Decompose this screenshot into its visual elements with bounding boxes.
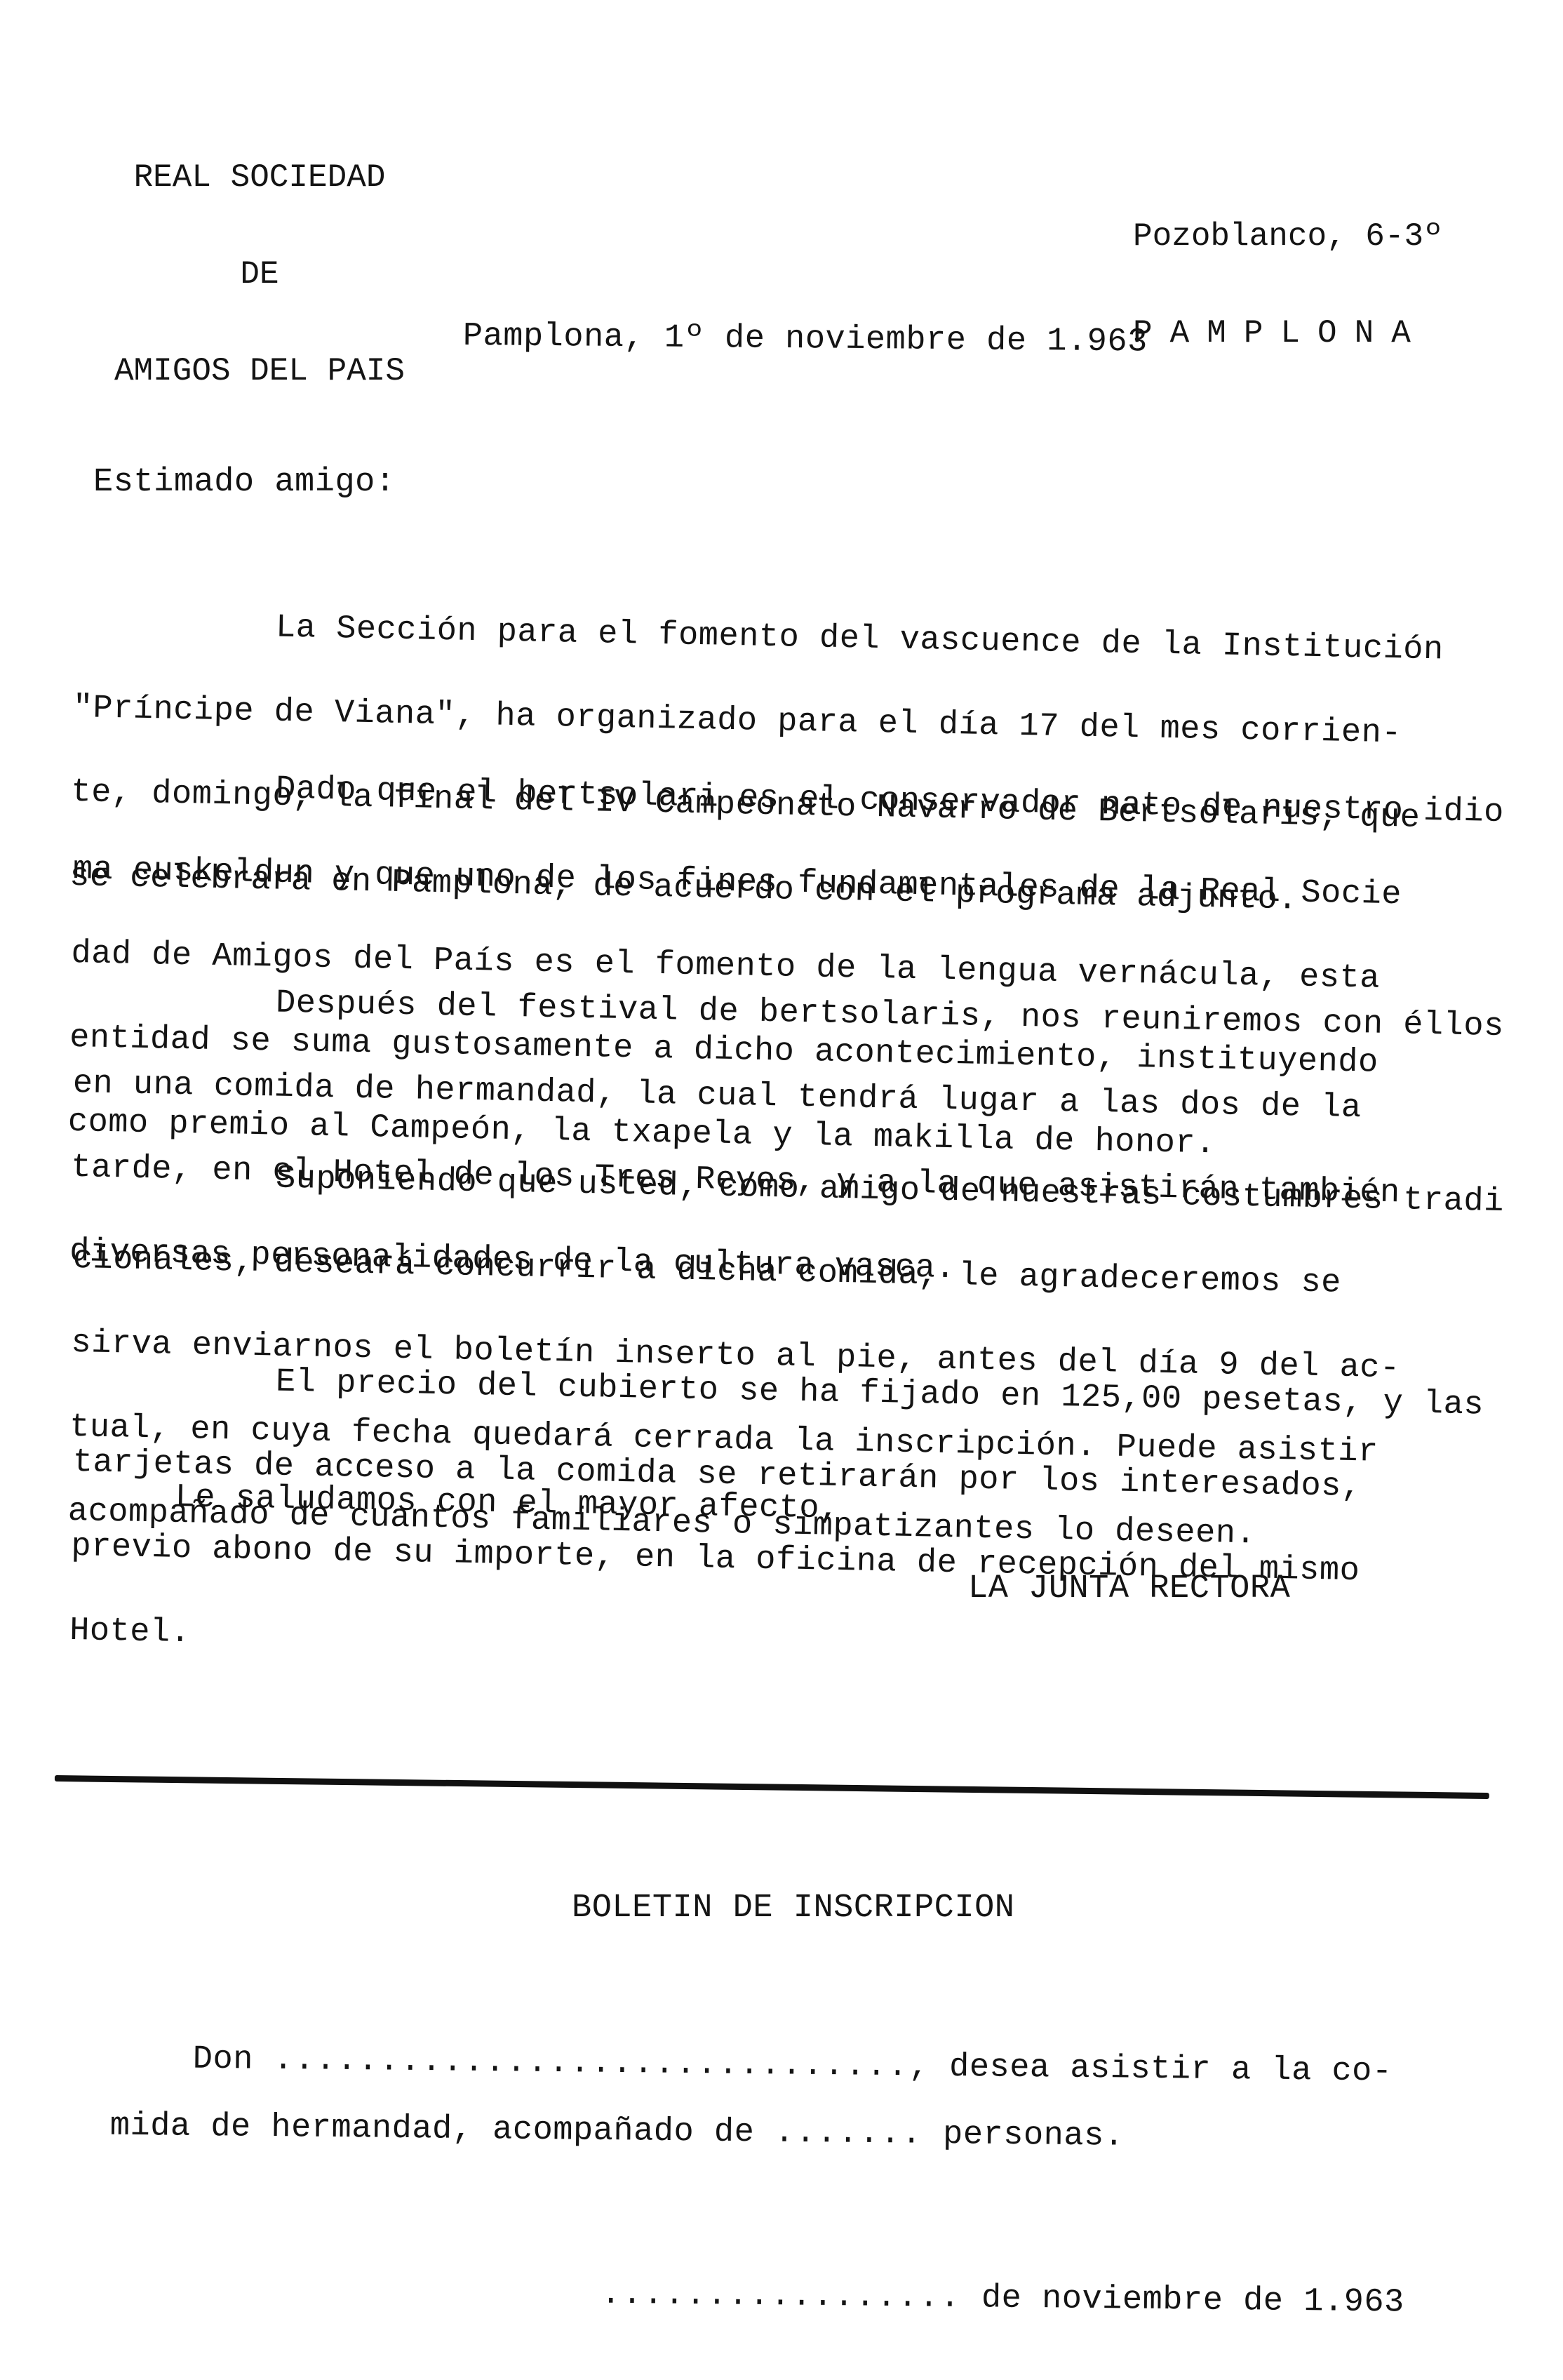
companions-blank-field[interactable]: ....... xyxy=(774,2115,923,2153)
form-companions-suffix: personas. xyxy=(923,2116,1125,2155)
paragraph-line: previo abono de su importe, en la oficin… xyxy=(71,1533,1544,1589)
day-blank-field[interactable]: ................. xyxy=(601,2276,962,2317)
form-date-suffix: de noviembre de 1.963 xyxy=(961,2280,1404,2322)
form-date-line: ................. de noviembre de 1.963 xyxy=(561,2252,1404,2318)
address-street: Pozoblanco, 6-3º xyxy=(1133,220,1443,253)
signature: LA JUNTA RECTORA xyxy=(968,1575,1290,1603)
paragraph-line: Suponiendo que usted, como amigo de nues… xyxy=(74,1161,1548,1217)
form-name-line: Don .............................., dese… xyxy=(152,2017,1393,2087)
paragraph-line: Después del festival de bertsolaris, nos… xyxy=(74,986,1548,1042)
letter-date: Pamplona, 1º de noviembre de 1.963 xyxy=(463,323,1148,357)
letterhead-organization: REAL SOCIEDAD DE AMIGOS DEL PAIS xyxy=(98,97,421,420)
form-name-suffix: , desea asistir a la co- xyxy=(908,2048,1392,2090)
paragraph-line: cionales, deseará concurrir a dicha comi… xyxy=(72,1245,1545,1302)
org-line-3: AMIGOS DEL PAIS xyxy=(98,355,421,387)
org-line-1: REAL SOCIEDAD xyxy=(98,161,421,194)
paragraph-line: La Sección para el fomento del vascuence… xyxy=(74,610,1548,667)
paragraph-line: ma euskeldun y que uno de los fines fund… xyxy=(72,856,1545,912)
greeting: Estimado amigo: xyxy=(93,469,396,497)
closing: Le saludamos con el mayor afecto, xyxy=(175,1484,840,1524)
paragraph-line: El precio del cubierto se ha fijado en 1… xyxy=(74,1365,1548,1421)
form-title: BOLETIN DE INSCRIPCION xyxy=(572,1894,1015,1923)
paragraph-line: Dado que el bertsolari es el conservador… xyxy=(74,772,1548,828)
cut-line-divider xyxy=(55,1775,1489,1799)
form-name-label: Don xyxy=(193,2041,274,2079)
name-blank-field[interactable]: .............................. xyxy=(273,2042,909,2085)
letterhead-address: Pozoblanco, 6-3º PAMPLONA xyxy=(1133,156,1443,382)
org-line-2: DE xyxy=(98,258,421,290)
address-city: PAMPLONA xyxy=(1133,317,1443,349)
paragraph-line: Hotel. xyxy=(69,1617,1543,1673)
form-companions-line: mida de hermandad, acompañado de .......… xyxy=(69,2084,1125,2151)
form-companions-label: mida de hermandad, acompañado de xyxy=(110,2108,775,2152)
